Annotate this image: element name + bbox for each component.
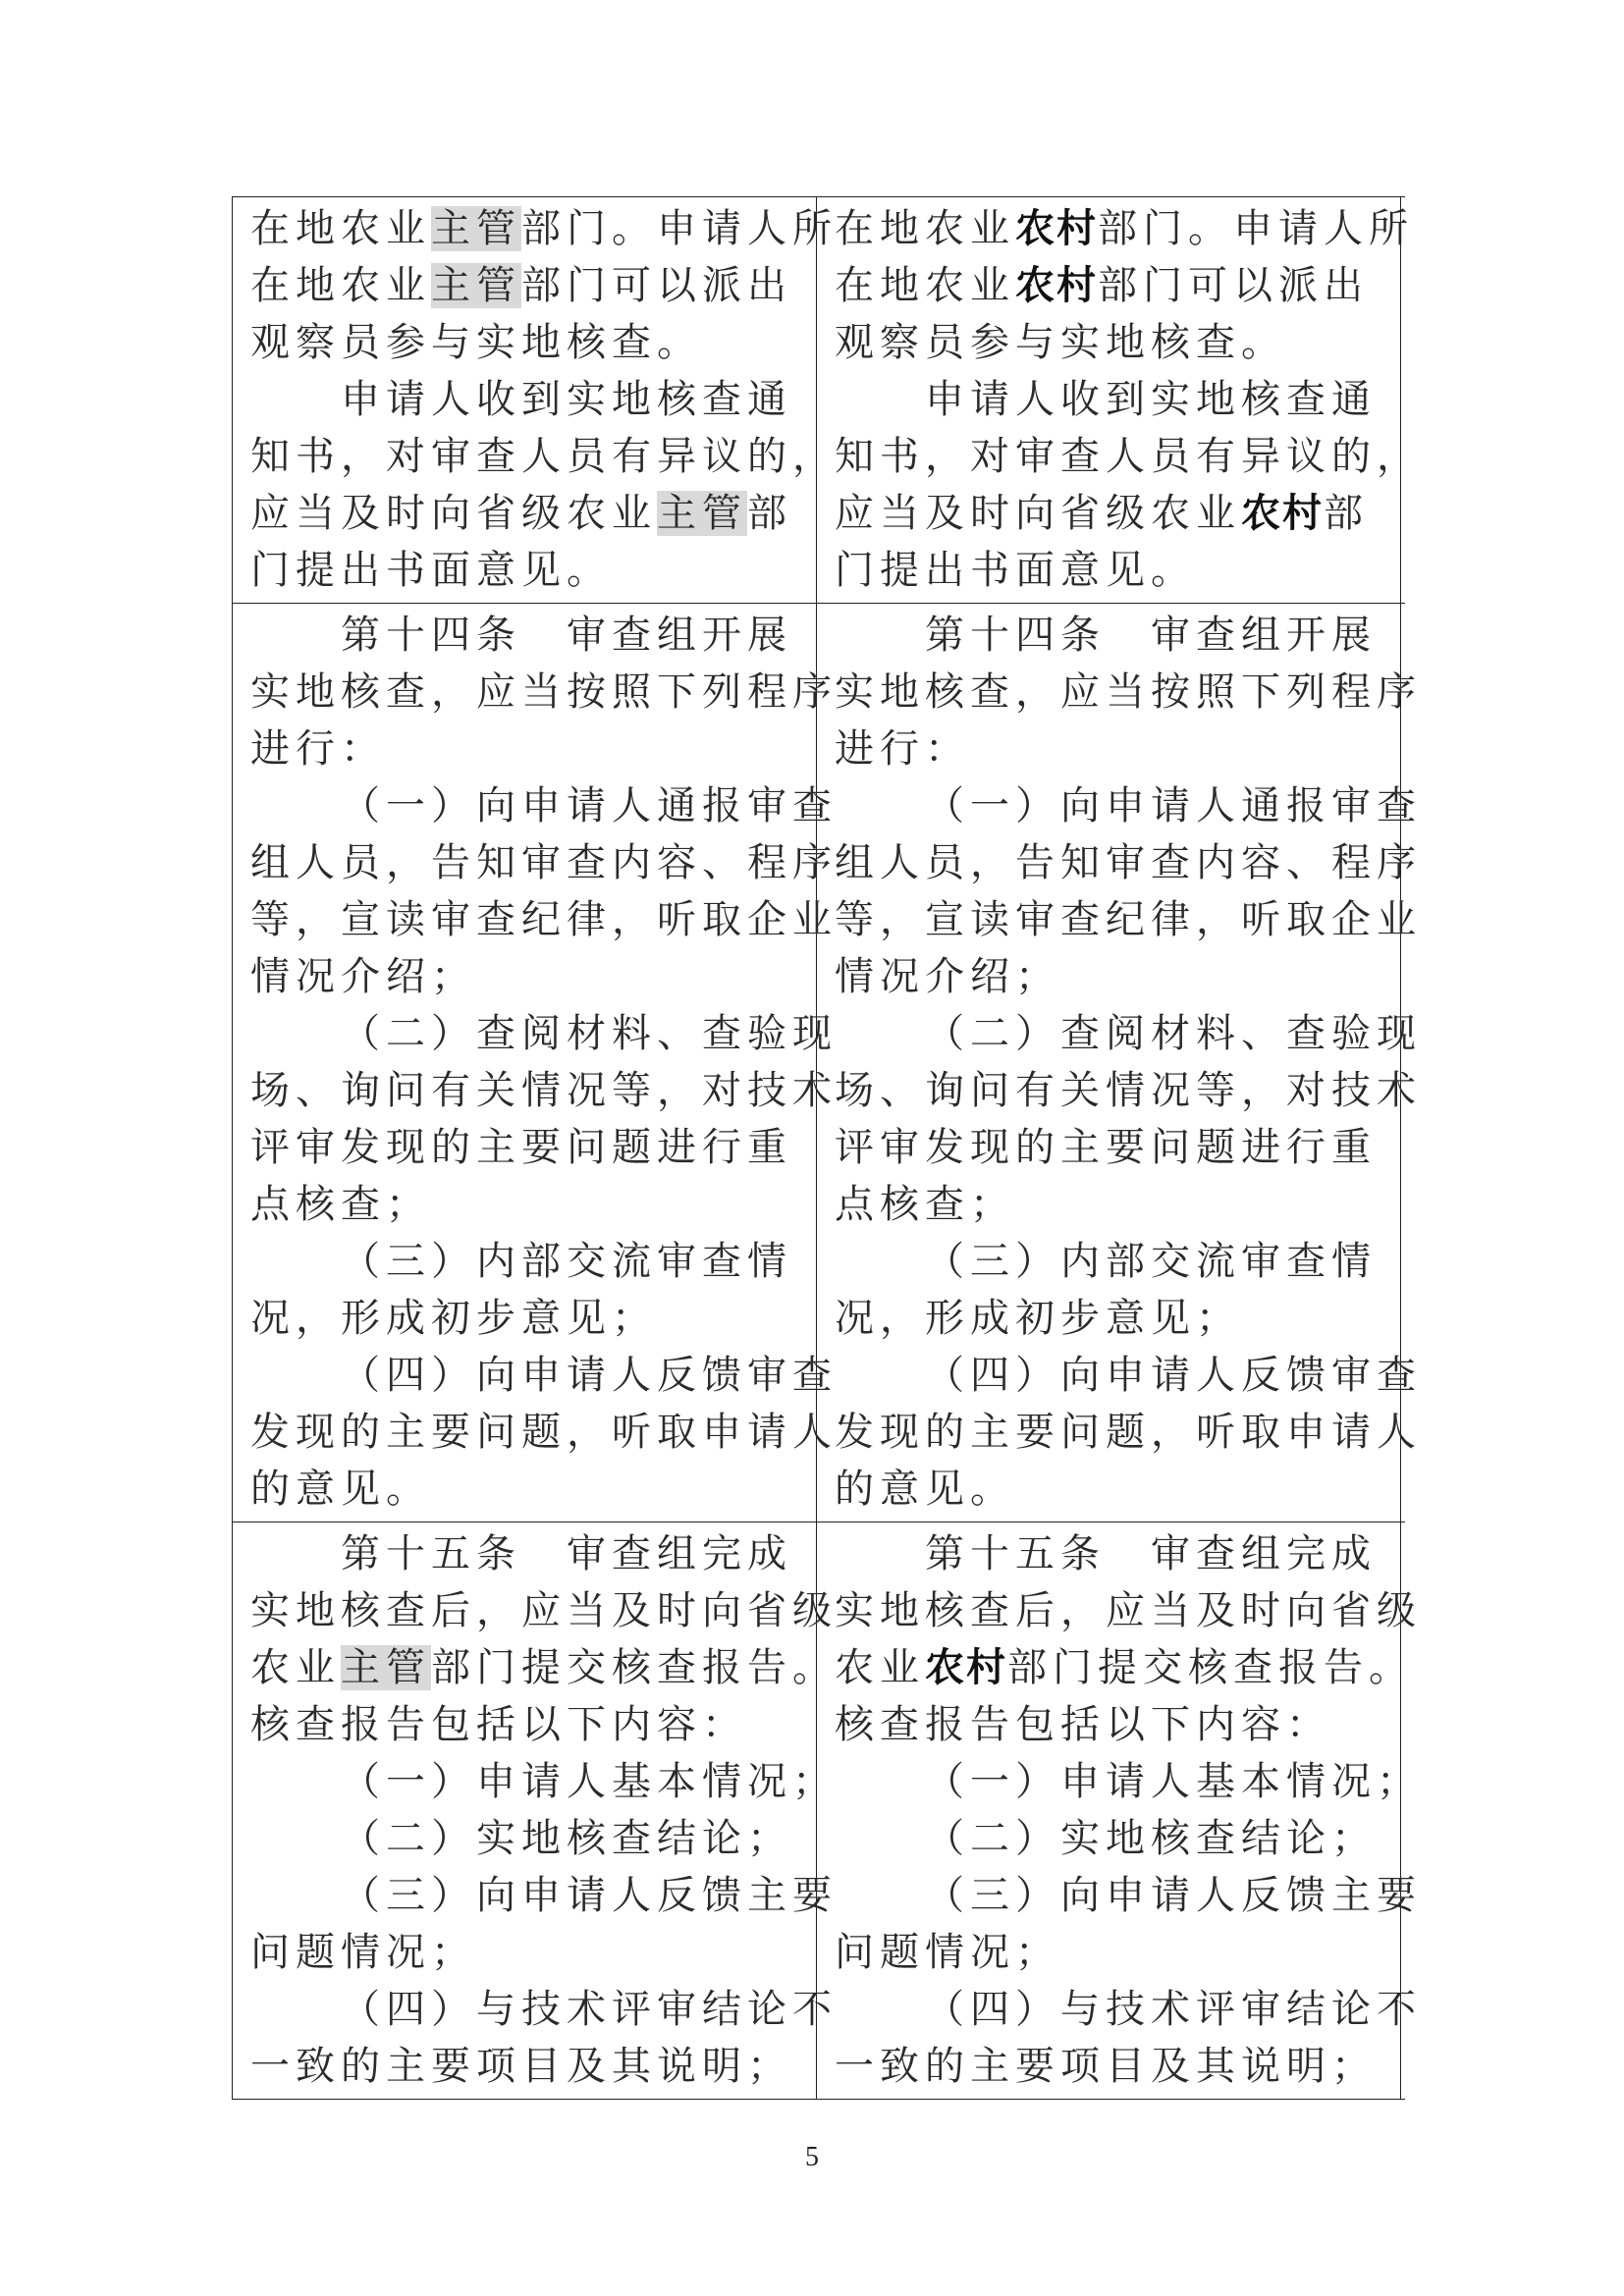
text-segment: 部门可以派出 bbox=[521, 263, 792, 308]
table-row: 在地农业主管部门。申请人所在地农业主管部门可以派出观察员参与实地核查。申请人收到… bbox=[233, 197, 1405, 604]
text-line: 场、询问有关情况等，对技术 bbox=[250, 1062, 802, 1119]
text-line: 在地农业农村部门。申请人所 bbox=[835, 200, 1386, 257]
text-line: 核查报告包括以下内容： bbox=[835, 1696, 1386, 1753]
text-line: 情况介绍； bbox=[250, 948, 802, 1005]
revised-term: 农村 bbox=[925, 1645, 1007, 1690]
text-segment: 在地农业 bbox=[250, 206, 431, 251]
text-line: 组人员，告知审查内容、程序 bbox=[835, 834, 1386, 891]
text-segment: 况，形成初步意见； bbox=[835, 1296, 1241, 1341]
text-line: 况，形成初步意见； bbox=[835, 1290, 1386, 1347]
text-line: （四）向申请人反馈审查 bbox=[250, 1347, 802, 1404]
text-line: 问题情况； bbox=[250, 1924, 802, 1981]
text-segment: 情况介绍； bbox=[250, 954, 476, 999]
text-line: 实地核查，应当按照下列程序 bbox=[250, 664, 802, 721]
text-segment: 核查报告包括以下内容： bbox=[250, 1702, 747, 1747]
text-line: 知书，对审查人员有异议的， bbox=[835, 428, 1386, 485]
text-segment: 知书，对审查人员有异议的， bbox=[835, 434, 1422, 479]
text-line: 农业主管部门提交核查报告。 bbox=[250, 1639, 802, 1696]
cell-original-text: 第十五条 审查组完成实地核查后，应当及时向省级农业主管部门提交核查报告。核查报告… bbox=[233, 1522, 817, 2099]
text-segment: 问题情况； bbox=[250, 1930, 476, 1975]
text-segment: 点核查； bbox=[835, 1182, 1015, 1227]
revised-term: 农村 bbox=[1015, 263, 1098, 308]
text-segment: 况，形成初步意见； bbox=[250, 1296, 657, 1341]
cell-revised-text: 在地农业农村部门。申请人所在地农业农村部门可以派出观察员参与实地核查。申请人收到… bbox=[817, 197, 1401, 603]
text-segment: 实地核查后，应当及时向省级 bbox=[835, 1588, 1422, 1633]
text-line: 在地农业主管部门可以派出 bbox=[250, 257, 802, 314]
text-line: 在地农业农村部门可以派出 bbox=[835, 257, 1386, 314]
text-line: 实地核查，应当按照下列程序 bbox=[835, 664, 1386, 721]
text-segment: 部门提交核查报告。 bbox=[431, 1645, 838, 1690]
text-segment: 评审发现的主要问题进行重 bbox=[250, 1125, 792, 1170]
text-line: 况，形成初步意见； bbox=[250, 1290, 802, 1347]
highlighted-term: 主管 bbox=[431, 206, 521, 251]
text-segment: 场、询问有关情况等，对技术 bbox=[250, 1068, 838, 1113]
text-segment: （二）实地核查结论； bbox=[925, 1816, 1377, 1861]
revised-term: 农村 bbox=[1241, 491, 1324, 536]
text-line: 点核查； bbox=[835, 1176, 1386, 1233]
text-segment: 进行： bbox=[835, 726, 970, 772]
text-segment: 进行： bbox=[250, 726, 386, 772]
text-segment: （一）向申请人通报审查 bbox=[925, 783, 1422, 828]
text-line: 点核查； bbox=[250, 1176, 802, 1233]
text-segment: （四）与技术评审结论不 bbox=[925, 1987, 1422, 2032]
text-segment: 农业 bbox=[835, 1645, 925, 1690]
text-line: 的意见。 bbox=[835, 1461, 1386, 1518]
text-segment: （四）向申请人反馈审查 bbox=[341, 1353, 838, 1398]
text-segment: 部门。申请人所 bbox=[1098, 206, 1414, 251]
text-segment: （三）向申请人反馈主要 bbox=[341, 1873, 838, 1918]
text-line: 在地农业主管部门。申请人所 bbox=[250, 200, 802, 257]
text-segment: （一）向申请人通报审查 bbox=[341, 783, 838, 828]
text-segment: 申请人收到实地核查通 bbox=[925, 377, 1377, 422]
text-segment: 部门。申请人所 bbox=[521, 206, 838, 251]
text-line: （三）向申请人反馈主要 bbox=[250, 1867, 802, 1924]
text-segment: （一）申请人基本情况； bbox=[341, 1759, 838, 1804]
text-line: 门提出书面意见。 bbox=[250, 542, 802, 599]
text-line: 一致的主要项目及其说明； bbox=[250, 2038, 802, 2095]
text-segment: 组人员，告知审查内容、程序 bbox=[835, 840, 1422, 885]
text-segment: （一）申请人基本情况； bbox=[925, 1759, 1422, 1804]
text-segment: （二）查阅材料、查验现 bbox=[341, 1011, 838, 1056]
text-segment: （二）实地核查结论； bbox=[341, 1816, 792, 1861]
text-line: 组人员，告知审查内容、程序 bbox=[250, 834, 802, 891]
text-segment: 部门可以派出 bbox=[1098, 263, 1369, 308]
text-segment: 在地农业 bbox=[835, 206, 1015, 251]
text-line: 申请人收到实地核查通 bbox=[835, 371, 1386, 428]
comparison-table: 在地农业主管部门。申请人所在地农业主管部门可以派出观察员参与实地核查。申请人收到… bbox=[232, 196, 1405, 2100]
text-line: （三）向申请人反馈主要 bbox=[835, 1867, 1386, 1924]
text-segment: 第十五条 审查组完成 bbox=[925, 1531, 1377, 1576]
text-line: （四）与技术评审结论不 bbox=[250, 1981, 802, 2038]
text-line: 观察员参与实地核查。 bbox=[835, 314, 1386, 371]
text-segment: 门提出书面意见。 bbox=[835, 548, 1196, 593]
text-segment: 点核查； bbox=[250, 1182, 431, 1227]
text-segment: 场、询问有关情况等，对技术 bbox=[835, 1068, 1422, 1113]
text-line: 知书，对审查人员有异议的， bbox=[250, 428, 802, 485]
text-line: （四）向申请人反馈审查 bbox=[835, 1347, 1386, 1404]
text-segment: 实地核查，应当按照下列程序 bbox=[250, 669, 838, 715]
highlighted-term: 主管 bbox=[341, 1645, 431, 1690]
text-segment: （三）向申请人反馈主要 bbox=[925, 1873, 1422, 1918]
text-segment: 核查报告包括以下内容： bbox=[835, 1702, 1331, 1747]
text-segment: 问题情况； bbox=[835, 1930, 1060, 1975]
text-line: 情况介绍； bbox=[835, 948, 1386, 1005]
text-segment: 农业 bbox=[250, 1645, 341, 1690]
text-line: 第十五条 审查组完成 bbox=[250, 1525, 802, 1582]
text-segment: 实地核查，应当按照下列程序 bbox=[835, 669, 1422, 715]
text-segment: 实地核查后，应当及时向省级 bbox=[250, 1588, 838, 1633]
text-line: 评审发现的主要问题进行重 bbox=[835, 1119, 1386, 1176]
text-segment: 发现的主要问题，听取申请人 bbox=[250, 1410, 838, 1455]
text-segment: 发现的主要问题，听取申请人 bbox=[835, 1410, 1422, 1455]
cell-revised-text: 第十五条 审查组完成实地核查后，应当及时向省级农业农村部门提交核查报告。核查报告… bbox=[817, 1522, 1401, 2099]
text-segment: 等，宣读审查纪律，听取企业 bbox=[250, 897, 838, 942]
text-line: 应当及时向省级农业主管部 bbox=[250, 485, 802, 542]
text-segment: （三）内部交流审查情 bbox=[925, 1239, 1377, 1284]
cell-revised-text: 第十四条 审查组开展实地核查，应当按照下列程序进行：（一）向申请人通报审查组人员… bbox=[817, 604, 1401, 1522]
cell-original-text: 第十四条 审查组开展实地核查，应当按照下列程序进行：（一）向申请人通报审查组人员… bbox=[233, 604, 817, 1522]
highlighted-term: 主管 bbox=[657, 491, 747, 536]
text-segment: 知书，对审查人员有异议的， bbox=[250, 434, 838, 479]
text-segment: 门提出书面意见。 bbox=[250, 548, 612, 593]
text-line: 的意见。 bbox=[250, 1461, 802, 1518]
text-line: 农业农村部门提交核查报告。 bbox=[835, 1639, 1386, 1696]
text-segment: 第十五条 审查组完成 bbox=[341, 1531, 792, 1576]
text-line: 发现的主要问题，听取申请人 bbox=[835, 1404, 1386, 1461]
text-line: （二）实地核查结论； bbox=[835, 1810, 1386, 1867]
text-segment: 观察员参与实地核查。 bbox=[835, 320, 1286, 365]
text-line: 申请人收到实地核查通 bbox=[250, 371, 802, 428]
text-line: 评审发现的主要问题进行重 bbox=[250, 1119, 802, 1176]
text-line: （一）向申请人通报审查 bbox=[835, 777, 1386, 834]
text-line: 场、询问有关情况等，对技术 bbox=[835, 1062, 1386, 1119]
page-number: 5 bbox=[0, 2142, 1624, 2173]
table-row: 第十四条 审查组开展实地核查，应当按照下列程序进行：（一）向申请人通报审查组人员… bbox=[233, 604, 1405, 1522]
text-line: 第十四条 审查组开展 bbox=[835, 607, 1386, 664]
text-segment: 一致的主要项目及其说明； bbox=[250, 2044, 792, 2089]
text-line: 进行： bbox=[250, 721, 802, 777]
text-line: （二）查阅材料、查验现 bbox=[250, 1005, 802, 1062]
text-line: （一）申请人基本情况； bbox=[835, 1753, 1386, 1810]
text-line: 应当及时向省级农业农村部 bbox=[835, 485, 1386, 542]
text-segment: 观察员参与实地核查。 bbox=[250, 320, 702, 365]
text-line: 核查报告包括以下内容： bbox=[250, 1696, 802, 1753]
text-line: （三）内部交流审查情 bbox=[835, 1233, 1386, 1290]
text-segment: 部 bbox=[1324, 491, 1369, 536]
text-line: 发现的主要问题，听取申请人 bbox=[250, 1404, 802, 1461]
text-segment: 的意见。 bbox=[250, 1467, 431, 1512]
text-segment: 部门提交核查报告。 bbox=[1007, 1645, 1414, 1690]
text-line: 进行： bbox=[835, 721, 1386, 777]
text-segment: 应当及时向省级农业 bbox=[835, 491, 1241, 536]
text-segment: （三）内部交流审查情 bbox=[341, 1239, 792, 1284]
text-segment: （二）查阅材料、查验现 bbox=[925, 1011, 1422, 1056]
text-segment: （四）向申请人反馈审查 bbox=[925, 1353, 1422, 1398]
text-line: 等，宣读审查纪律，听取企业 bbox=[835, 891, 1386, 948]
text-segment: 等，宣读审查纪律，听取企业 bbox=[835, 897, 1422, 942]
text-segment: 应当及时向省级农业 bbox=[250, 491, 657, 536]
text-segment: （四）与技术评审结论不 bbox=[341, 1987, 838, 2032]
text-line: 观察员参与实地核查。 bbox=[250, 314, 802, 371]
text-segment: 组人员，告知审查内容、程序 bbox=[250, 840, 838, 885]
text-line: （二）实地核查结论； bbox=[250, 1810, 802, 1867]
text-line: 一致的主要项目及其说明； bbox=[835, 2038, 1386, 2095]
text-line: 问题情况； bbox=[835, 1924, 1386, 1981]
text-segment: 评审发现的主要问题进行重 bbox=[835, 1125, 1377, 1170]
text-line: （三）内部交流审查情 bbox=[250, 1233, 802, 1290]
text-line: （一）申请人基本情况； bbox=[250, 1753, 802, 1810]
text-line: 第十四条 审查组开展 bbox=[250, 607, 802, 664]
text-line: （一）向申请人通报审查 bbox=[250, 777, 802, 834]
text-segment: 第十四条 审查组开展 bbox=[925, 613, 1377, 658]
text-line: 门提出书面意见。 bbox=[835, 542, 1386, 599]
text-line: （二）查阅材料、查验现 bbox=[835, 1005, 1386, 1062]
text-segment: 在地农业 bbox=[835, 263, 1015, 308]
text-segment: 在地农业 bbox=[250, 263, 431, 308]
text-segment: 一致的主要项目及其说明； bbox=[835, 2044, 1377, 2089]
text-line: 实地核查后，应当及时向省级 bbox=[250, 1582, 802, 1639]
text-segment: 情况介绍； bbox=[835, 954, 1060, 999]
revised-term: 农村 bbox=[1015, 206, 1098, 251]
text-segment: 部 bbox=[747, 491, 792, 536]
text-line: 实地核查后，应当及时向省级 bbox=[835, 1582, 1386, 1639]
text-segment: 第十四条 审查组开展 bbox=[341, 613, 792, 658]
text-line: （四）与技术评审结论不 bbox=[835, 1981, 1386, 2038]
table-row: 第十五条 审查组完成实地核查后，应当及时向省级农业主管部门提交核查报告。核查报告… bbox=[233, 1522, 1405, 2100]
cell-original-text: 在地农业主管部门。申请人所在地农业主管部门可以派出观察员参与实地核查。申请人收到… bbox=[233, 197, 817, 603]
highlighted-term: 主管 bbox=[431, 263, 521, 308]
text-line: 等，宣读审查纪律，听取企业 bbox=[250, 891, 802, 948]
text-segment: 的意见。 bbox=[835, 1467, 1015, 1512]
text-segment: 申请人收到实地核查通 bbox=[341, 377, 792, 422]
text-line: 第十五条 审查组完成 bbox=[835, 1525, 1386, 1582]
